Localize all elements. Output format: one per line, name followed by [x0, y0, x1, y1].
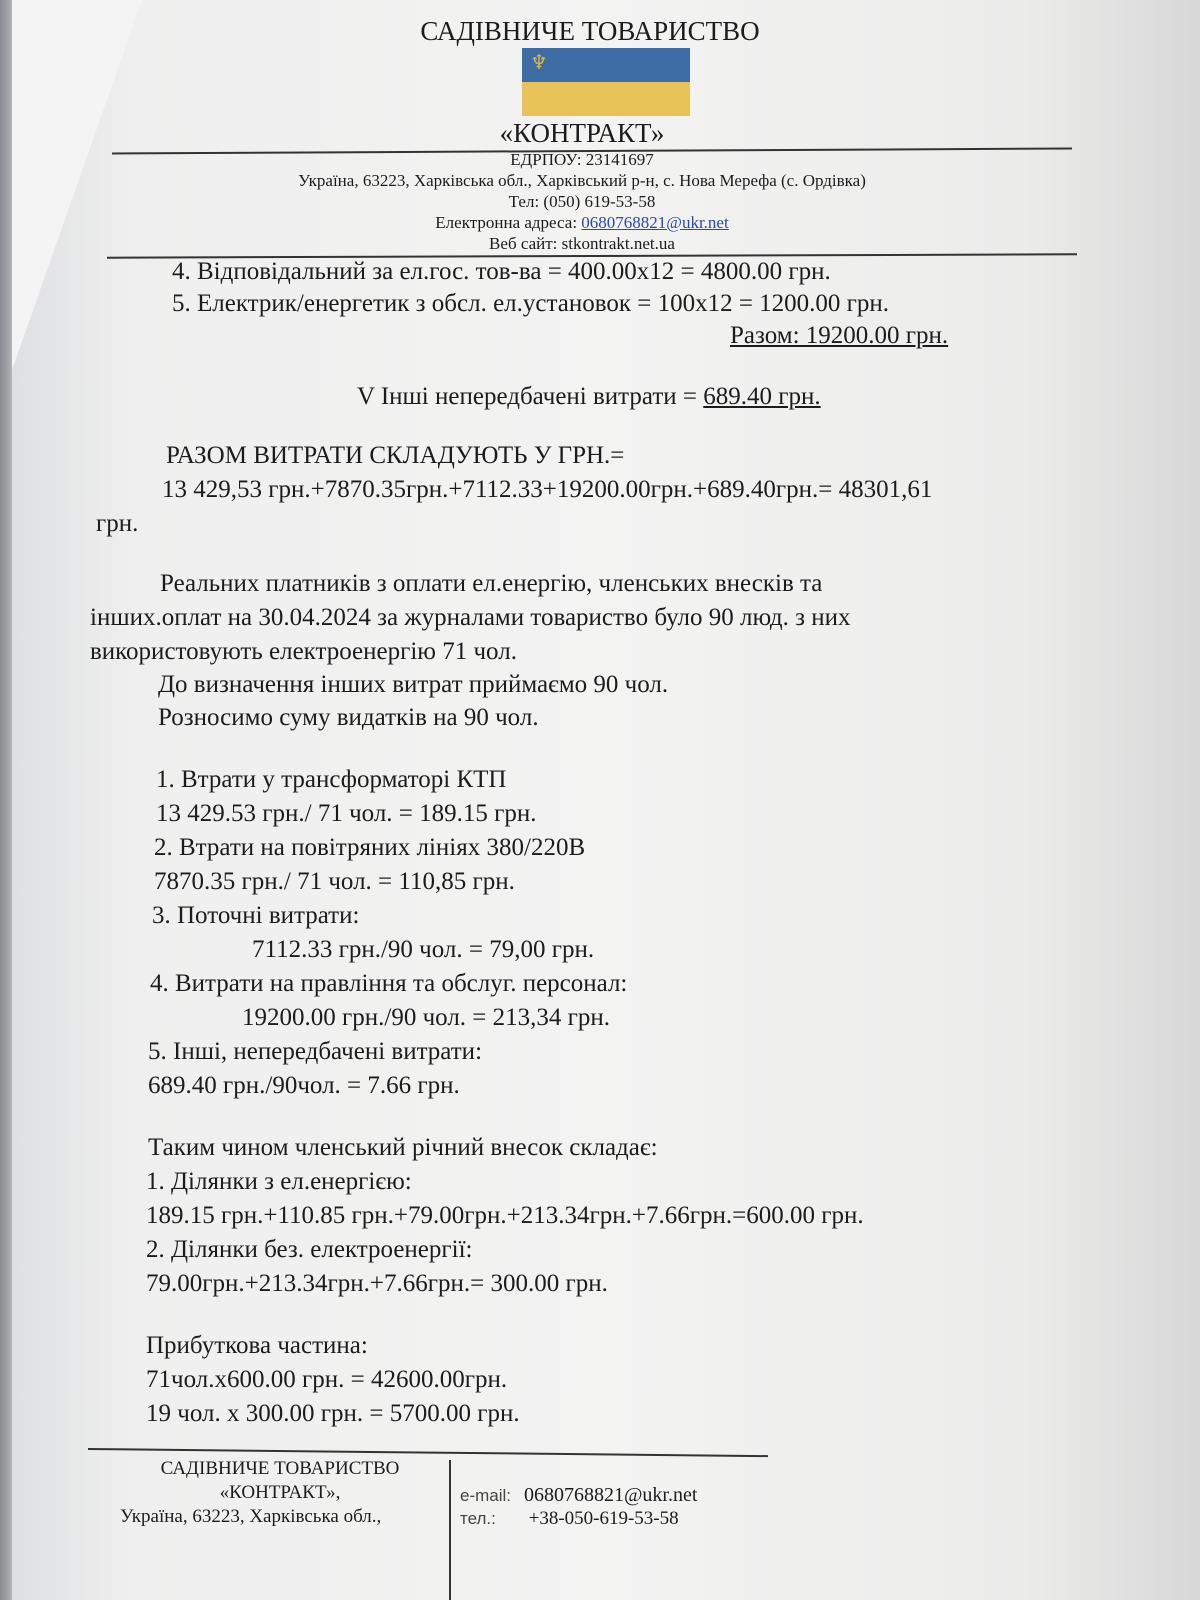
breakdown-calc: 7112.33 грн./90 чол. = 79,00 грн. — [252, 936, 594, 964]
footer-divider — [88, 1448, 768, 1457]
payers-text: інших.оплат на 30.04.2024 за журналами т… — [90, 604, 850, 632]
footer-email-link[interactable]: 0680768821@ukr.net — [524, 1484, 697, 1506]
footer-org: САДІВНИЧЕ ТОВАРИСТВО — [161, 1458, 400, 1480]
phone: Тел: (050) 619-53-58 — [509, 192, 656, 212]
breakdown-calc: 13 429.53 грн./ 71 чол. = 189.15 грн. — [156, 800, 537, 828]
address: Україна, 63223, Харківська обл., Харківс… — [298, 171, 866, 191]
income-line: 71чол.х600.00 грн. = 42600.00грн. — [146, 1366, 507, 1394]
income-line: 19 чол. х 300.00 грн. = 5700.00 грн. — [146, 1400, 520, 1428]
payers-text: Реальних платників з оплати ел.енергію, … — [160, 570, 822, 598]
staff-item: 4. Відповідальний за ел.гос. тов-ва = 40… — [172, 258, 831, 286]
section-v: V Інші непередбачені витрати = 689.40 гр… — [357, 383, 821, 411]
fee-with-power-calc: 189.15 грн.+110.85 грн.+79.00грн.+213.34… — [146, 1202, 864, 1230]
breakdown-title: 4. Витрати на правління та обслуг. персо… — [150, 970, 627, 998]
staff-total: Разом: 19200.00 грн. — [730, 322, 948, 350]
website: Веб сайт: stkontrakt.net.ua — [489, 234, 675, 254]
income-heading: Прибуткова частина: — [146, 1332, 368, 1360]
total-heading: РАЗОМ ВИТРАТИ СКЛАДУЮТЬ У ГРН.= — [166, 442, 624, 470]
fee-without-power-calc: 79.00грн.+213.34грн.+7.66грн.= 300.00 гр… — [146, 1270, 608, 1298]
breakdown-title: 5. Інші, непередбачені витрати: — [148, 1038, 482, 1066]
payers-text: використовують електроенергію 71 чол. — [90, 638, 517, 666]
total-unit: грн. — [96, 510, 138, 538]
footer-org-name: «КОНТРАКТ», — [220, 1482, 341, 1504]
payers-text: До визначення інших витрат приймаємо 90 … — [158, 671, 668, 699]
footer-phone: тел.: +38-050-619-53-58 — [460, 1508, 679, 1530]
org-name: «КОНТРАКТ» — [500, 118, 665, 149]
email-link[interactable]: 0680768821@ukr.net — [581, 213, 728, 232]
footer-address: Україна, 63223, Харківська обл., — [120, 1506, 381, 1528]
fee-with-power-title: 1. Ділянки з ел.енергією: — [146, 1168, 412, 1196]
email-label: Електронна адреса: — [435, 213, 577, 232]
email-line: Електронна адреса: 0680768821@ukr.net — [435, 213, 728, 233]
tryzub-icon: ♆ — [530, 53, 548, 73]
footer-separator — [449, 1460, 451, 1600]
edrpou: ЕДРПОУ: 23141697 — [510, 150, 653, 170]
breakdown-title: 3. Поточні витрати: — [152, 902, 359, 930]
document-page: САДІВНИЧЕ ТОВАРИСТВО ♆ «КОНТРАКТ» ЕДРПОУ… — [12, 0, 1200, 1600]
payers-text: Розносимо суму видатків на 90 чол. — [158, 704, 539, 732]
breakdown-calc: 19200.00 грн./90 чол. = 213,34 грн. — [242, 1004, 610, 1032]
ukraine-flag: ♆ — [522, 48, 690, 116]
fee-heading: Таким чином членський річний внесок скла… — [148, 1134, 658, 1162]
footer-email: e-mail: 0680768821@ukr.net — [460, 1484, 697, 1507]
org-title: САДІВНИЧЕ ТОВАРИСТВО — [420, 16, 759, 47]
staff-item: 5. Електрик/енергетик з обсл. ел.установ… — [172, 290, 889, 318]
total-formula: 13 429,53 грн.+7870.35грн.+7112.33+19200… — [162, 476, 932, 504]
breakdown-title: 1. Втрати у трансформаторі КТП — [156, 766, 506, 794]
fee-without-power-title: 2. Ділянки без. електроенергії: — [146, 1236, 472, 1264]
page-shadow — [12, 0, 142, 370]
breakdown-calc: 689.40 грн./90чол. = 7.66 грн. — [148, 1072, 460, 1100]
breakdown-calc: 7870.35 грн./ 71 чол. = 110,85 грн. — [154, 868, 515, 896]
breakdown-title: 2. Втрати на повітряних лініях 380/220В — [154, 834, 585, 862]
